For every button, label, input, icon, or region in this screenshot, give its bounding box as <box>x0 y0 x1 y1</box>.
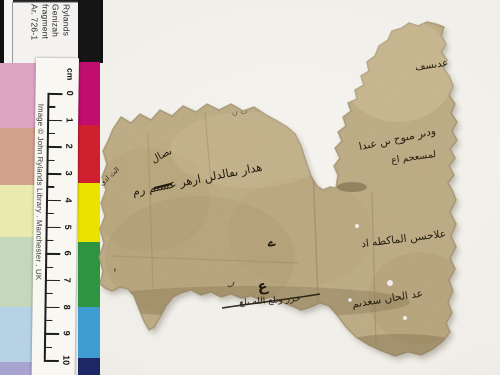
paper-hole <box>387 280 393 286</box>
photo-stage: RylandsGenizahfragmentAr. 726-1 cm 01234… <box>0 0 500 375</box>
handwriting-line-12: ء <box>113 266 116 274</box>
handwriting-line-11: ٮ ں <box>231 106 248 116</box>
manuscript-fragment: عدىسڡودىر مىوح ىں عىدالمسعحم اعهدار ىٯال… <box>0 0 500 375</box>
